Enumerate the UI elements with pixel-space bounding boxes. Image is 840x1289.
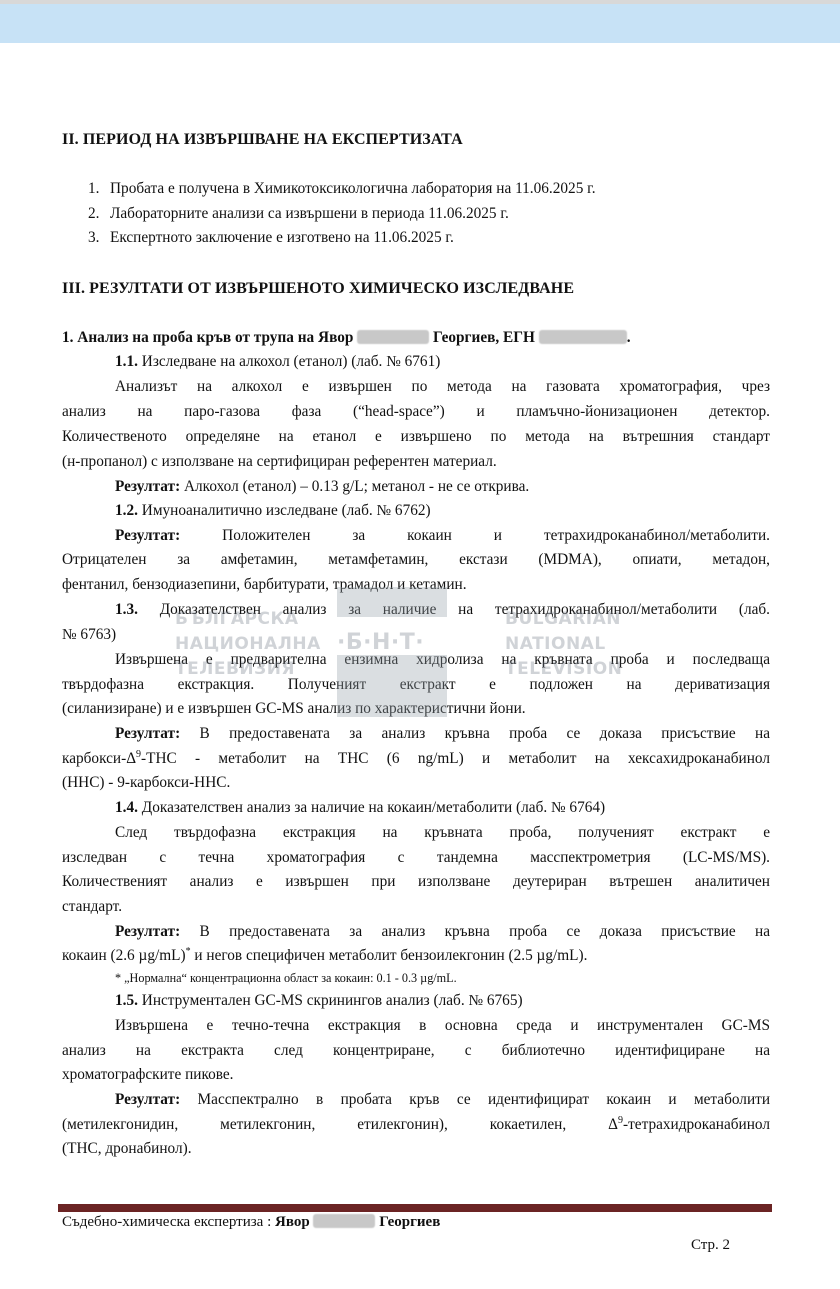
redacted-egn xyxy=(539,330,627,344)
s13-body-line: Извършена е предварителна ензимна хидрол… xyxy=(62,648,770,672)
s12-result-line: Отрицателен за амфетамин, метамфетамин, … xyxy=(62,548,770,572)
redacted-name xyxy=(313,1214,375,1228)
s11-body-line: Количественото определяне на етанол е из… xyxy=(62,425,770,449)
s15-body-line: анализ на екстракта след концентриране, … xyxy=(62,1039,770,1063)
subsection-1-5-title: 1.5. Инструментален GC-MS скринингов ана… xyxy=(62,989,770,1013)
viewer-top-bar xyxy=(0,0,840,43)
s11-body-line: Анализът на алкохол е извършен по метода… xyxy=(62,375,770,399)
s14-footnote: * „Нормална“ концентрационна област за к… xyxy=(62,966,770,990)
period-item-3: 3.Експертното заключение е изготвено на … xyxy=(88,229,454,247)
subsection-1-2-title: 1.2. Имуноаналитично изследване (лаб. № … xyxy=(62,499,770,523)
s15-result-line: (метилекгонидин, метилекгонин, етилекгон… xyxy=(62,1113,770,1137)
s14-body-line: изследван с течна хроматография с тандем… xyxy=(62,846,770,870)
s15-result-line: (THC, дронабинол). xyxy=(62,1137,770,1161)
subsection-1-4-title: 1.4. Доказателствен анализ за наличие на… xyxy=(62,796,770,820)
s13-result-line: (HHC) - 9-карбокси-HHC. xyxy=(62,771,770,795)
footer-rule xyxy=(58,1204,772,1212)
s13-body-line: твърдофазна екстракция. Полученият екстр… xyxy=(62,673,770,697)
s15-result: Резултат: Масспектрално в пробата кръв с… xyxy=(62,1088,770,1112)
s13-result-line: карбокси-Δ9-THC - метаболит на THC (6 ng… xyxy=(62,747,770,771)
period-item-1: 1.Пробата е получена в Химикотоксикологи… xyxy=(88,180,596,198)
s11-body-line: анализ на паро-газова фаза (“head-space”… xyxy=(62,400,770,424)
period-item-2: 2.Лабораторните анализи са извършени в п… xyxy=(88,205,509,223)
s14-body-line: стандарт. xyxy=(62,895,770,919)
s12-result-line: фентанил, бензодиазепини, барбитурати, т… xyxy=(62,573,770,597)
s11-body-line: (н-пропанол) с използване на сертифицира… xyxy=(62,450,770,474)
s15-body-line: хроматографските пикове. xyxy=(62,1063,770,1087)
sample-title: 1. Анализ на проба кръв от трупа на Явор… xyxy=(62,326,770,350)
section-2-heading: II. ПЕРИОД НА ИЗВЪРШВАНЕ НА ЕКСПЕРТИЗАТА xyxy=(62,131,463,149)
s15-body-line: Извършена е течно-течна екстракция в осн… xyxy=(62,1014,770,1038)
section-3-heading: III. РЕЗУЛТАТИ ОТ ИЗВЪРШЕНОТО ХИМИЧЕСКО … xyxy=(62,280,574,298)
subsection-1-3-title: 1.3. Доказателствен анализ за наличие на… xyxy=(62,598,770,622)
subsection-1-3-title-cont: № 6763) xyxy=(62,623,770,647)
s13-result: Резултат: В предоставената за анализ кръ… xyxy=(62,722,770,746)
s12-result: Резултат: Положителен за кокаин и тетрах… xyxy=(62,524,770,548)
page-number: Стр. 2 xyxy=(691,1237,730,1254)
s14-result: Резултат: В предоставената за анализ кръ… xyxy=(62,920,770,944)
subsection-1-1-title: 1.1. Изследване на алкохол (етанол) (лаб… xyxy=(62,350,770,374)
s14-result-line: кокаин (2.6 µg/mL)* и негов специфичен м… xyxy=(62,944,770,968)
s13-body-line: (силанизиране) и е извършен GC-MS анализ… xyxy=(62,697,770,721)
s11-result: Резултат: Алкохол (етанол) – 0.13 g/L; м… xyxy=(62,475,770,499)
s14-body-line: След твърдофазна екстракция на кръвната … xyxy=(62,821,770,845)
footer-title: Съдебно-химическа експертиза : Явор Геор… xyxy=(62,1214,440,1231)
redacted-name xyxy=(357,330,429,344)
s14-body-line: Количественият анализ е извършен при изп… xyxy=(62,870,770,894)
